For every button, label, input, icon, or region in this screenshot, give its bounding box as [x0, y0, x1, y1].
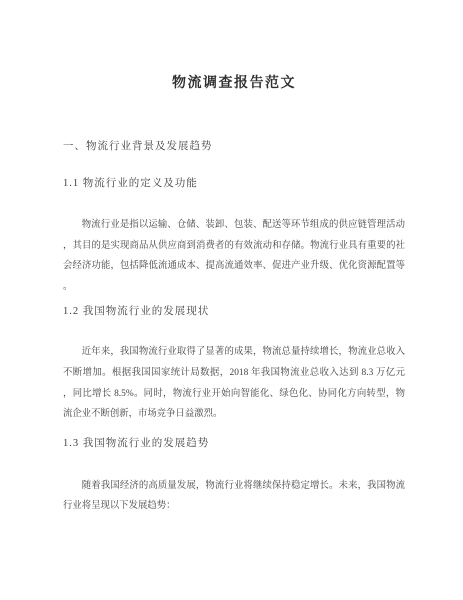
chapter-heading: 一、物流行业背景及发展趋势	[63, 140, 405, 154]
text-line: 会经济功能，包括降低流通成本、提高流通效率、促进产业升级、优化资源配置等	[63, 256, 405, 277]
section-heading-definition: 1.1 物流行业的定义及功能	[63, 177, 405, 191]
text-line: 流企业不断创新，市场竞争日益激烈。	[63, 404, 405, 425]
paragraph-current-status: 近年来，我国物流行业取得了显著的成果，物流总量持续增长，物流业总收入 不断增加。…	[63, 342, 405, 424]
text-line: 。	[63, 277, 405, 298]
text-line: 物流行业是指以运输、仓储、装卸、包装、配送等环节组成的供应链管理活动	[63, 215, 405, 236]
section-heading-current-status: 1.2 我国物流行业的发展现状	[63, 305, 405, 319]
text-line: 不断增加。根据我国国家统计局数据，2018 年我国物流业总收入达到 8.3 万亿…	[63, 363, 405, 384]
section-1-1: 1.1 物流行业的定义及功能 物流行业是指以运输、仓储、装卸、包装、配送等环节组…	[63, 177, 405, 297]
section-1-2: 1.2 我国物流行业的发展现状 近年来，我国物流行业取得了显著的成果，物流总量持…	[63, 305, 405, 424]
text-line: 近年来，我国物流行业取得了显著的成果，物流总量持续增长，物流业总收入	[63, 342, 405, 363]
document-page: 物流调查报告范文 一、物流行业背景及发展趋势 1.1 物流行业的定义及功能 物流…	[0, 0, 463, 600]
paragraph-trends: 随着我国经济的高质量发展，物流行业将继续保持稳定增长。未来，我国物流 行业将呈现…	[63, 476, 405, 517]
text-line: 随着我国经济的高质量发展，物流行业将继续保持稳定增长。未来，我国物流	[63, 476, 405, 497]
section-1-3: 1.3 我国物流行业的发展趋势 随着我国经济的高质量发展，物流行业将继续保持稳定…	[63, 437, 405, 517]
text-line: 行业将呈现以下发展趋势：	[63, 496, 405, 517]
text-line: ，同比增长 8.5%。同时，物流行业开始向智能化、绿色化、协同化方向转型，物	[63, 384, 405, 405]
section-heading-trends: 1.3 我国物流行业的发展趋势	[63, 437, 405, 451]
text-line: ，其目的是实现商品从供应商到消费者的有效流动和存储。物流行业具有重要的社	[63, 236, 405, 257]
paragraph-definition: 物流行业是指以运输、仓储、装卸、包装、配送等环节组成的供应链管理活动 ，其目的是…	[63, 215, 405, 297]
document-title: 物流调查报告范文	[63, 0, 405, 93]
